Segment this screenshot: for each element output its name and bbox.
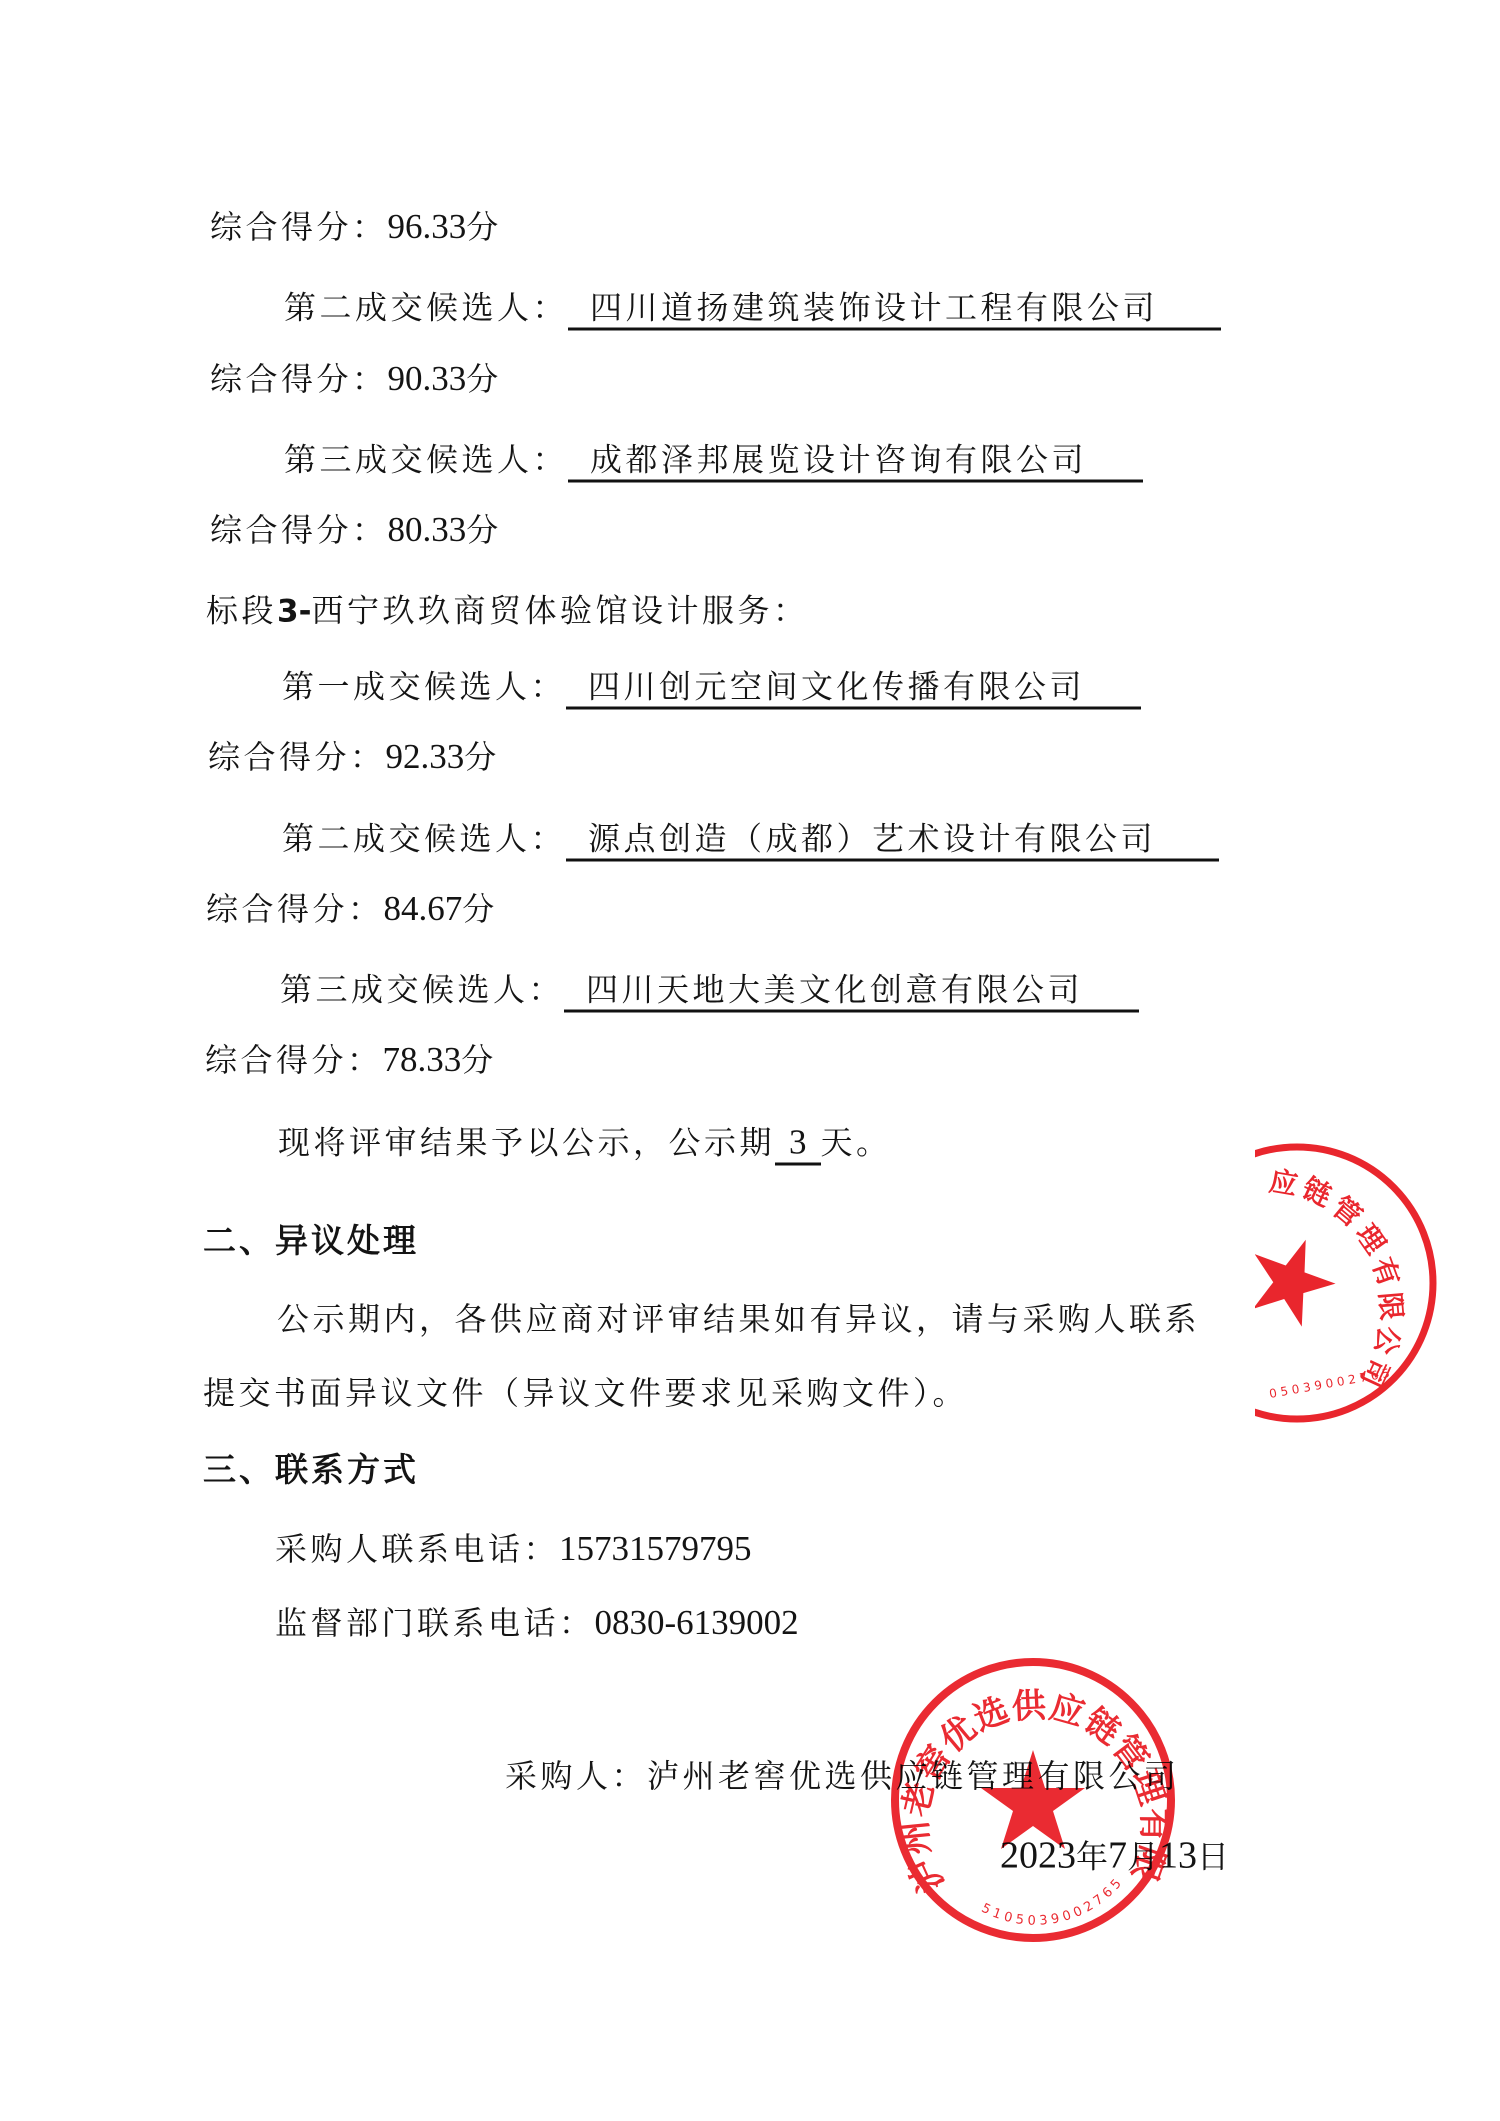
candidate-name: 四川创元空间文化传播有限公司: [566, 667, 1141, 710]
svg-text:管: 管: [1326, 1190, 1369, 1233]
svg-text:司: 司: [1354, 1353, 1396, 1392]
score-unit: 分: [462, 890, 498, 928]
lot3-title: 标段3-西宁玖玖商贸体验馆设计服务：: [206, 589, 808, 634]
score-value: 90.33: [388, 359, 467, 398]
score-label: 综合得分：: [210, 208, 388, 246]
lot3-third-candidate: 第三成交候选人：四川天地大美文化创意有限公司: [280, 968, 1139, 1013]
lot2-second-score: 综合得分：90.33分: [210, 357, 502, 401]
candidate-name: 四川天地大美文化创意有限公司: [564, 970, 1139, 1013]
lot3-second-score: 综合得分：84.67分: [206, 887, 498, 931]
candidate-label: 第三成交候选人：: [280, 971, 564, 1009]
svg-text:理: 理: [1349, 1218, 1392, 1260]
score-value: 96.33: [388, 207, 467, 246]
seal-code-text: 5105039002765: [979, 1873, 1127, 1928]
candidate-label: 第二成交候选人：: [284, 289, 568, 327]
svg-text:5105039002765: 5105039002765: [979, 1873, 1127, 1928]
date-month: 7: [1108, 1835, 1127, 1877]
publicity-statement: 现将评审结果予以公示，公示期3天。: [278, 1121, 892, 1166]
purchaser-label: 采购人：: [505, 1757, 647, 1795]
score-unit: 分: [466, 360, 502, 398]
score-value: 80.33: [388, 510, 467, 549]
publicity-days: 3: [775, 1123, 821, 1166]
svg-text:公: 公: [1368, 1324, 1405, 1357]
company-seal-icon: 泸州老窖优选供应链管理有限公司 5105039002765: [885, 1650, 1185, 1950]
svg-text:有: 有: [1365, 1253, 1406, 1291]
score-unit: 分: [466, 511, 502, 549]
score-label: 综合得分：: [206, 890, 384, 928]
score-label: 综合得分：: [205, 1041, 383, 1079]
purchaser-phone-value: 15731579795: [559, 1529, 752, 1568]
purchaser-name: 泸州老窖优选供应链管理有限公司: [647, 1757, 1180, 1795]
date-day-char: 日: [1197, 1838, 1229, 1876]
score-value: 84.67: [384, 889, 463, 928]
candidate-name: 成都泽邦展览设计咨询有限公司: [568, 440, 1143, 483]
publicity-text: 现将评审结果予以公示，公示期: [278, 1124, 775, 1162]
lot2-second-candidate: 第二成交候选人：四川道扬建筑装饰设计工程有限公司: [284, 286, 1221, 331]
lot-title: 西宁玖玖商贸体验馆设计服务：: [311, 592, 808, 630]
lot2-third-score: 综合得分：80.33分: [210, 508, 502, 552]
lot-number: 3-: [277, 594, 311, 630]
svg-text:链: 链: [1297, 1171, 1336, 1213]
lot2-first-score: 综合得分：96.33分: [210, 205, 502, 249]
objection-paragraph-line2: 提交书面异议文件（异议文件要求见采购文件）。: [203, 1371, 968, 1415]
supervisor-phone-value: 0830-6139002: [595, 1603, 799, 1642]
lot3-second-candidate: 第二成交候选人：源点创造（成都）艺术设计有限公司: [282, 817, 1219, 862]
lot3-first-score: 综合得分：92.33分: [208, 735, 500, 779]
objection-paragraph-line1: 公示期内，各供应商对评审结果如有异议，请与采购人联系: [277, 1297, 1200, 1341]
score-value: 78.33: [383, 1040, 462, 1079]
date-year: 2023: [1000, 1835, 1076, 1877]
date-day: 13: [1159, 1835, 1197, 1877]
candidate-label: 第三成交候选人：: [284, 441, 568, 479]
lot3-third-score: 综合得分：78.33分: [205, 1038, 497, 1082]
supervisor-phone-label: 监督部门联系电话：: [275, 1604, 595, 1642]
date-month-char: 月: [1127, 1838, 1159, 1876]
score-label: 综合得分：: [210, 511, 388, 549]
supervisor-phone-line: 监督部门联系电话：0830-6139002: [275, 1601, 799, 1645]
score-unit: 分: [464, 738, 500, 776]
svg-text:限: 限: [1373, 1291, 1408, 1322]
purchaser-phone-label: 采购人联系电话：: [275, 1530, 559, 1568]
candidate-label: 第二成交候选人：: [282, 820, 566, 858]
candidate-name: 四川道扬建筑装饰设计工程有限公司: [568, 288, 1221, 331]
svg-text:0 5 0 3 9 0 0 2 7 6 5: 0 5 0 3 9 0 0 2 7 6 5: [1268, 1366, 1391, 1401]
score-label: 综合得分：: [208, 738, 386, 776]
date-year-char: 年: [1076, 1838, 1108, 1876]
lot-prefix: 标段: [206, 592, 277, 630]
purchaser-phone-line: 采购人联系电话：15731579795: [275, 1527, 752, 1571]
candidate-name: 源点创造（成都）艺术设计有限公司: [566, 819, 1219, 862]
lot2-third-candidate: 第三成交候选人：成都泽邦展览设计咨询有限公司: [284, 438, 1143, 483]
signature-date: 2023年7月13日: [1000, 1834, 1229, 1879]
contact-heading: 三、联系方式: [203, 1448, 419, 1492]
objection-heading: 二、异议处理: [203, 1219, 419, 1263]
score-unit: 分: [461, 1041, 497, 1079]
publicity-unit: 天。: [821, 1124, 892, 1162]
svg-text:应: 应: [1267, 1164, 1300, 1201]
score-value: 92.33: [386, 737, 465, 776]
seal-stamp-icon: 应 链 管 理 有 限 公 司 0 5 0 3 9 0 0 2 7 6 5: [1255, 1130, 1455, 1440]
seam-stamp: 应 链 管 理 有 限 公 司 0 5 0 3 9 0 0 2 7 6 5: [1255, 1130, 1455, 1440]
candidate-label: 第一成交候选人：: [282, 668, 566, 706]
score-label: 综合得分：: [210, 360, 388, 398]
signature-purchaser: 采购人：泸州老窖优选供应链管理有限公司: [505, 1754, 1180, 1798]
lot3-first-candidate: 第一成交候选人：四川创元空间文化传播有限公司: [282, 665, 1141, 710]
score-unit: 分: [466, 208, 502, 246]
